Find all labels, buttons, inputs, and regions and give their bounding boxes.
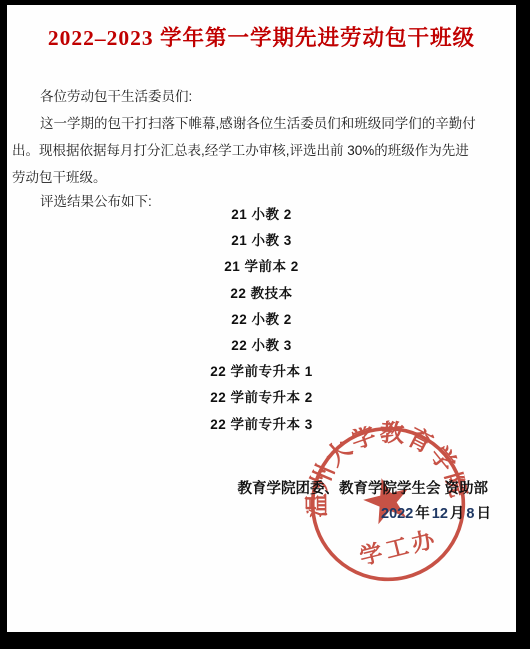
- result-item: 22 学前专升本 1: [7, 359, 516, 385]
- date-year-label: 年: [415, 506, 430, 522]
- signature-date: 2022年12月8日: [7, 502, 491, 523]
- salutation-text: 各位劳动包干生活委员们:: [12, 89, 192, 104]
- results-list: 21 小教 2 21 小教 3 21 学前本 2 22 教技本 22 小教 2 …: [7, 202, 516, 438]
- date-month: 12: [430, 506, 450, 522]
- paragraph-line: 这一学期的包干打扫落下帷幕,感谢各位生活委员们和班级同学们的辛勤付: [12, 110, 508, 137]
- date-day: 8: [464, 506, 476, 522]
- result-item: 21 学前本 2: [7, 254, 516, 280]
- date-year: 2022: [379, 506, 415, 522]
- document-sheet: 2022–2023 学年第一学期先进劳动包干班级 各位劳动包干生活委员们: 这一…: [7, 5, 516, 632]
- salutation: 各位劳动包干生活委员们:: [12, 83, 508, 110]
- stamp-bottom-text: 学工办: [357, 525, 441, 570]
- result-item: 22 教技本: [7, 281, 516, 307]
- signature-org: 教育学院团委、教育学院学生会 资助部: [7, 477, 488, 498]
- result-item: 22 小教 2: [7, 307, 516, 333]
- result-item: 21 小教 3: [7, 228, 516, 254]
- paragraph-line: 劳动包干班级。: [12, 164, 508, 191]
- page-title: 2022–2023 学年第一学期先进劳动包干班级: [7, 21, 516, 52]
- date-month-label: 月: [450, 506, 465, 522]
- scanned-page-frame: 2022–2023 学年第一学期先进劳动包干班级 各位劳动包干生活委员们: 这一…: [0, 0, 530, 649]
- result-item: 21 小教 2: [7, 202, 516, 228]
- body-paragraph: 这一学期的包干打扫落下帷幕,感谢各位生活委员们和班级同学们的辛勤付 出。现根据依…: [12, 110, 508, 191]
- date-day-label: 日: [477, 506, 492, 522]
- result-item: 22 小教 3: [7, 333, 516, 359]
- paragraph-line: 出。现根据依据每月打分汇总表,经学工办审核,评选出前 30%的班级作为先进: [12, 137, 508, 164]
